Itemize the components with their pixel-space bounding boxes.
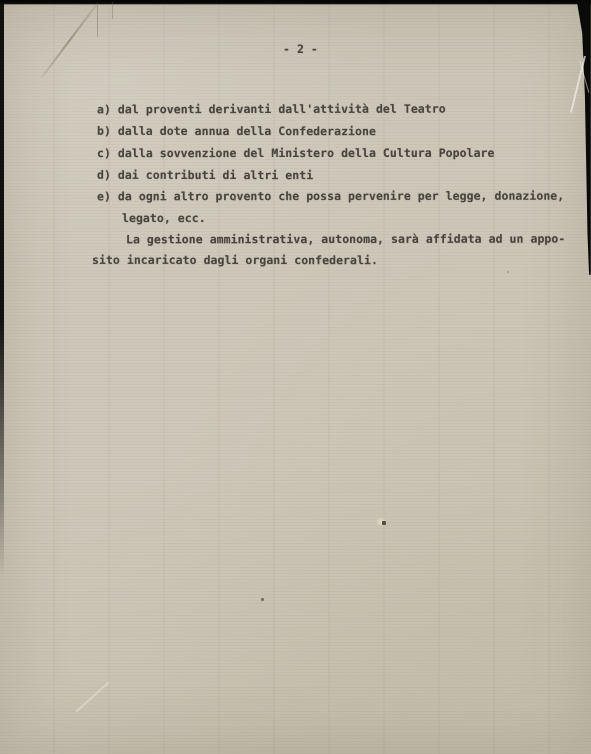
ink-speck xyxy=(234,197,236,201)
list-item-b: b) dalla dote annua della Confederazione xyxy=(97,124,376,138)
paragraph-line-2: sito incaricato dagli organi confederali… xyxy=(92,253,378,267)
scan-edge-right xyxy=(575,0,591,275)
pencil-mark-top xyxy=(97,3,98,37)
list-item-c: c) dalla sovvenzione del Ministero della… xyxy=(97,146,495,160)
pencil-mark-top-2 xyxy=(112,2,113,19)
list-item-d: d) dai contributi di altri enti xyxy=(97,168,313,182)
list-item-e-continuation: legato, ecc. xyxy=(122,211,206,225)
ink-speck xyxy=(507,271,509,273)
scan-edge-top xyxy=(0,0,591,5)
scan-edge-left xyxy=(0,0,4,580)
scanned-document-page: - 2 - a) dal proventi derivanti dall'att… xyxy=(0,0,591,754)
scratch-mark-top-right xyxy=(569,56,584,113)
page-number: - 2 - xyxy=(283,42,318,56)
ink-speck xyxy=(382,521,386,525)
ink-speck xyxy=(261,598,264,601)
list-item-e: e) da ogni altro provento che possa perv… xyxy=(97,189,564,204)
crease-mark-top-left xyxy=(41,4,98,78)
list-item-a: a) dal proventi derivanti dall'attività … xyxy=(97,102,446,117)
crease-mark-bottom-left xyxy=(76,681,110,712)
paragraph-line-1: La gestione amministrativa, autonoma, sa… xyxy=(126,232,565,247)
